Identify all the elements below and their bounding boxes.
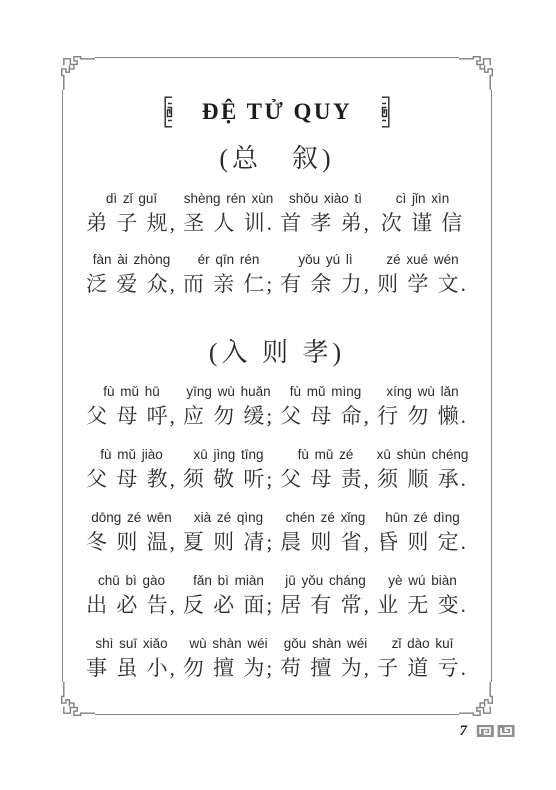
hanzi-text: 须 敬 听; — [180, 466, 277, 492]
verse-row: shì suī xiǎo 事 虽 小, wù shàn wéi 勿 擅 为; g… — [83, 635, 471, 681]
title-row: ĐỆ TỬ QUY — [83, 96, 471, 128]
section-heading-filial-piety: (入 则 孝) — [83, 335, 471, 371]
pinyin-text: shì suī xiǎo — [83, 635, 180, 652]
pinyin-text: zǐ dào kuī — [374, 635, 471, 652]
verse-row: fù mǔ jiào 父 母 教, xū jìng tīng 须 敬 听; fù… — [83, 446, 471, 492]
footer-spiral-ornament-icon — [476, 724, 516, 738]
pinyin-text: zé xué wén — [374, 251, 471, 268]
frame-corner-ornament-top-left — [61, 56, 95, 90]
hanzi-text: 昏 则 定. — [374, 529, 471, 555]
verse-group: shǒu xiào tì 首 孝 弟, — [277, 190, 374, 236]
verse-group: yè wú biàn 业 无 变. — [374, 572, 471, 618]
pinyin-text: gǒu shàn wéi — [277, 635, 374, 652]
verse-group: dōng zé wēn 冬 则 温, — [83, 509, 180, 555]
pinyin-text: shǒu xiào tì — [277, 190, 374, 207]
verse-group: zǐ dào kuī 子 道 亏. — [374, 635, 471, 681]
pinyin-text: cì jǐn xìn — [374, 190, 471, 207]
verse-group: jū yǒu cháng 居 有 常, — [277, 572, 374, 618]
hanzi-text: 应 勿 缓; — [180, 403, 277, 429]
verse-group: fù mǔ zé 父 母 责, — [277, 446, 374, 492]
pinyin-text: jū yǒu cháng — [277, 572, 374, 589]
verse-group: xià zé qìng 夏 则 凊; — [180, 509, 277, 555]
verse-group: fù mǔ jiào 父 母 教, — [83, 446, 180, 492]
verse-group: fàn ài zhòng 泛 爱 众, — [83, 251, 180, 297]
hanzi-text: 父 母 呼, — [83, 403, 180, 429]
pinyin-text: shèng rén xùn — [180, 190, 277, 207]
pinyin-text: chén zé xǐng — [277, 509, 374, 526]
hanzi-text: 苟 擅 为, — [277, 655, 374, 681]
pinyin-text: fù mǔ mìng — [277, 383, 374, 400]
hanzi-text: 父 母 责, — [277, 466, 374, 492]
decorative-frame: ĐỆ TỬ QUY (总 叙) dì zǐ guī 弟 子 规, shèng r… — [62, 57, 492, 715]
verse-group: yǒu yú lì 有 余 力, — [277, 251, 374, 297]
page-footer: 7 — [460, 723, 517, 739]
pinyin-text: fù mǔ hū — [83, 383, 180, 400]
verse-group: xū jìng tīng 须 敬 听; — [180, 446, 277, 492]
pinyin-text: hūn zé dìng — [374, 509, 471, 526]
pinyin-text: fù mǔ zé — [277, 446, 374, 463]
verse-group: fù mǔ hū 父 母 呼, — [83, 383, 180, 429]
pinyin-text: wù shàn wéi — [180, 635, 277, 652]
verse-group: fù mǔ mìng 父 母 命, — [277, 383, 374, 429]
verse-group: ér qīn rén 而 亲 仁; — [180, 251, 277, 297]
verse-row: dì zǐ guī 弟 子 规, shèng rén xùn 圣 人 训. sh… — [83, 190, 471, 236]
verse-row: fù mǔ hū 父 母 呼, yīng wù huǎn 应 勿 缓; fù m… — [83, 383, 471, 429]
pinyin-text: dōng zé wēn — [83, 509, 180, 526]
verse-group: xū shùn chéng 须 顺 承. — [374, 446, 471, 492]
hanzi-text: 则 学 文. — [374, 271, 471, 297]
verse-row: fàn ài zhòng 泛 爱 众, ér qīn rén 而 亲 仁; yǒ… — [83, 251, 471, 297]
verse-group: zé xué wén 则 学 文. — [374, 251, 471, 297]
pinyin-text: yè wú biàn — [374, 572, 471, 589]
hanzi-text: 泛 爱 众, — [83, 271, 180, 297]
verse-row: dōng zé wēn 冬 则 温, xià zé qìng 夏 则 凊; ch… — [83, 509, 471, 555]
hanzi-text: 而 亲 仁; — [180, 271, 277, 297]
pinyin-text: xíng wù lǎn — [374, 383, 471, 400]
pinyin-text: xū jìng tīng — [180, 446, 277, 463]
verse-group: fǎn bì miàn 反 必 面; — [180, 572, 277, 618]
hanzi-text: 圣 人 训. — [180, 210, 277, 236]
hanzi-text: 夏 则 凊; — [180, 529, 277, 555]
pinyin-text: yīng wù huǎn — [180, 383, 277, 400]
hanzi-text: 首 孝 弟, — [277, 210, 374, 236]
hanzi-text: 反 必 面; — [180, 592, 277, 618]
hanzi-text: 事 虽 小, — [83, 655, 180, 681]
title-right-bracket-icon — [380, 96, 391, 128]
hanzi-text: 次 谨 信 — [374, 210, 471, 236]
page-title: ĐỆ TỬ QUY — [202, 99, 352, 125]
pinyin-text: fǎn bì miàn — [180, 572, 277, 589]
hanzi-text: 有 余 力, — [277, 271, 374, 297]
hanzi-text: 须 顺 承. — [374, 466, 471, 492]
verse-group: chū bì gào 出 必 告, — [83, 572, 180, 618]
hanzi-text: 业 无 变. — [374, 592, 471, 618]
verse-group: shì suī xiǎo 事 虽 小, — [83, 635, 180, 681]
frame-corner-ornament-bottom-right — [459, 682, 493, 716]
hanzi-text: 冬 则 温, — [83, 529, 180, 555]
verse-group: shèng rén xùn 圣 人 训. — [180, 190, 277, 236]
frame-corner-ornament-top-right — [459, 56, 493, 90]
pinyin-text: xū shùn chéng — [374, 446, 471, 463]
pinyin-text: fàn ài zhòng — [83, 251, 180, 268]
frame-corner-ornament-bottom-left — [61, 682, 95, 716]
title-left-bracket-icon — [163, 96, 174, 128]
hanzi-text: 父 母 教, — [83, 466, 180, 492]
pinyin-text: ér qīn rén — [180, 251, 277, 268]
page-number: 7 — [460, 723, 468, 739]
verse-group: wù shàn wéi 勿 擅 为; — [180, 635, 277, 681]
section-heading-general: (总 叙) — [83, 141, 471, 177]
verse-group: dì zǐ guī 弟 子 规, — [83, 190, 180, 236]
pinyin-text: yǒu yú lì — [277, 251, 374, 268]
verse-group: cì jǐn xìn 次 谨 信 — [374, 190, 471, 236]
hanzi-text: 弟 子 规, — [83, 210, 180, 236]
hanzi-text: 勿 擅 为; — [180, 655, 277, 681]
hanzi-text: 居 有 常, — [277, 592, 374, 618]
hanzi-text: 晨 则 省, — [277, 529, 374, 555]
verse-group: xíng wù lǎn 行 勿 懒. — [374, 383, 471, 429]
hanzi-text: 行 勿 懒. — [374, 403, 471, 429]
verse-group: gǒu shàn wéi 苟 擅 为, — [277, 635, 374, 681]
pinyin-text: xià zé qìng — [180, 509, 277, 526]
verse-row: chū bì gào 出 必 告, fǎn bì miàn 反 必 面; jū … — [83, 572, 471, 618]
verse-group: chén zé xǐng 晨 则 省, — [277, 509, 374, 555]
pinyin-text: chū bì gào — [83, 572, 180, 589]
hanzi-text: 子 道 亏. — [374, 655, 471, 681]
hanzi-text: 出 必 告, — [83, 592, 180, 618]
pinyin-text: dì zǐ guī — [83, 190, 180, 207]
verse-group: yīng wù huǎn 应 勿 缓; — [180, 383, 277, 429]
hanzi-text: 父 母 命, — [277, 403, 374, 429]
pinyin-text: fù mǔ jiào — [83, 446, 180, 463]
page-content: ĐỆ TỬ QUY (总 叙) dì zǐ guī 弟 子 规, shèng r… — [63, 96, 491, 681]
verse-group: hūn zé dìng 昏 则 定. — [374, 509, 471, 555]
